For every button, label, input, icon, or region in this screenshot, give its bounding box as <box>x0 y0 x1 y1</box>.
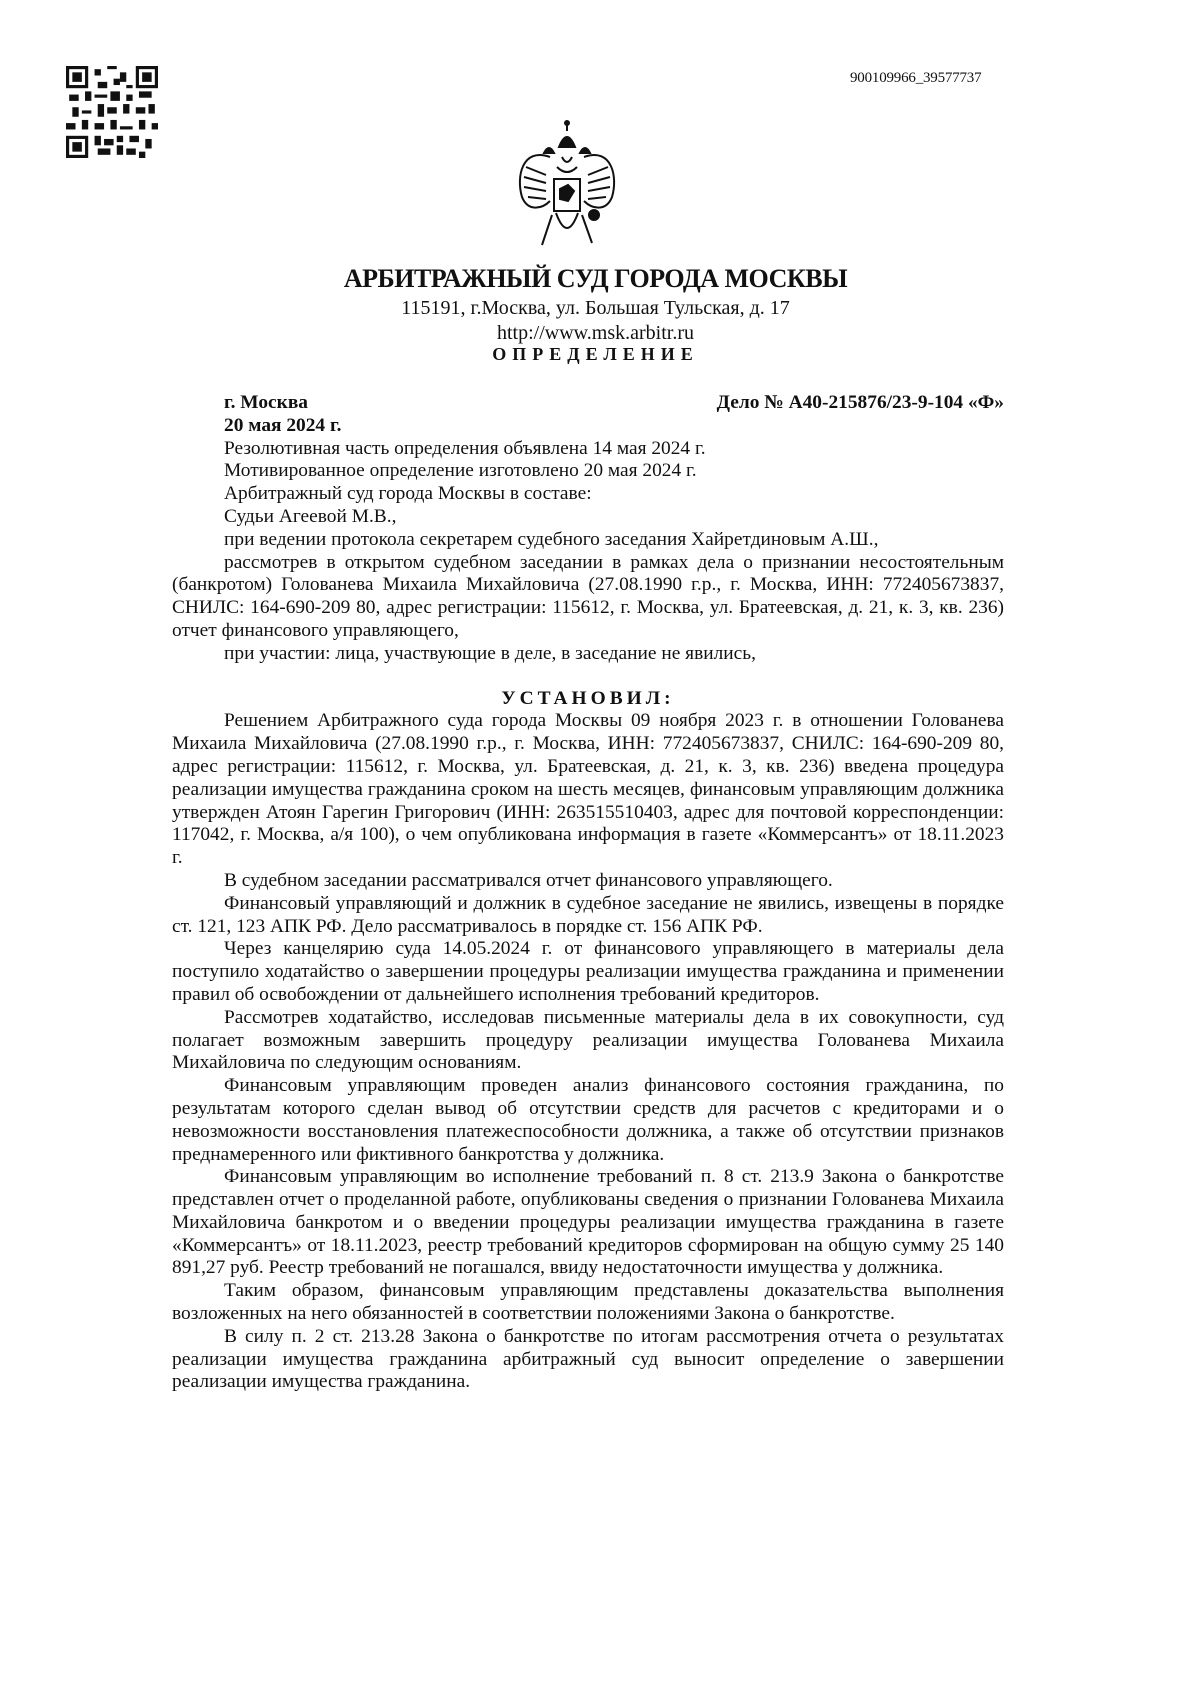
paragraph: Рассмотрев ходатайство, исследовав письм… <box>172 1007 1004 1075</box>
paragraph: В судебном заседании рассматривался отче… <box>172 870 1004 893</box>
qr-code-icon <box>66 66 158 158</box>
paragraph: Решением Арбитражного суда города Москвы… <box>172 710 1004 870</box>
decision-date: 20 мая 2024 г. <box>172 415 1004 438</box>
intro-paragraph: рассмотрев в открытом судебном заседании… <box>172 552 1004 643</box>
paragraph: Финансовым управляющим проведен анализ ф… <box>172 1075 1004 1166</box>
resolution-announced: Резолютивная часть определения объявлена… <box>172 438 1004 461</box>
participation: при участии: лица, участвующие в деле, в… <box>172 643 1004 666</box>
city-case-row: г. Москва Дело № А40-215876/23-9-104 «Ф» <box>172 392 1004 415</box>
section-title: УСТАНОВИЛ: <box>172 688 1004 711</box>
paragraph: Финансовым управляющим во исполнение тре… <box>172 1166 1004 1280</box>
coat-of-arms-icon <box>512 117 622 257</box>
court-address: 115191, г.Москва, ул. Большая Тульская, … <box>0 297 1191 320</box>
court-name: АРБИТРАЖНЫЙ СУД ГОРОДА МОСКВЫ <box>0 264 1191 294</box>
paragraph: Финансовый управляющий и должник в судеб… <box>172 893 1004 939</box>
paragraph: Таким образом, финансовым управляющим пр… <box>172 1280 1004 1326</box>
case-number: Дело № А40-215876/23-9-104 «Ф» <box>717 392 1004 415</box>
court-website-link[interactable]: http://www.msk.arbitr.ru <box>0 322 1191 345</box>
reasoned-decision-made: Мотивированное определение изготовлено 2… <box>172 460 1004 483</box>
paragraph: В силу п. 2 ст. 213.28 Закона о банкротс… <box>172 1326 1004 1394</box>
city: г. Москва <box>224 392 308 415</box>
court-composition: Арбитражный суд города Москвы в составе: <box>172 483 1004 506</box>
document-body: г. Москва Дело № А40-215876/23-9-104 «Ф»… <box>172 392 1004 1394</box>
paragraph: Через канцелярию суда 14.05.2024 г. от ф… <box>172 938 1004 1006</box>
document-type-title: ОПРЕДЕЛЕНИЕ <box>0 344 1191 365</box>
judge: Судьи Агеевой М.В., <box>172 506 1004 529</box>
document-id: 900109966_39577737 <box>850 70 981 87</box>
secretary: при ведении протокола секретарем судебно… <box>172 529 1004 552</box>
